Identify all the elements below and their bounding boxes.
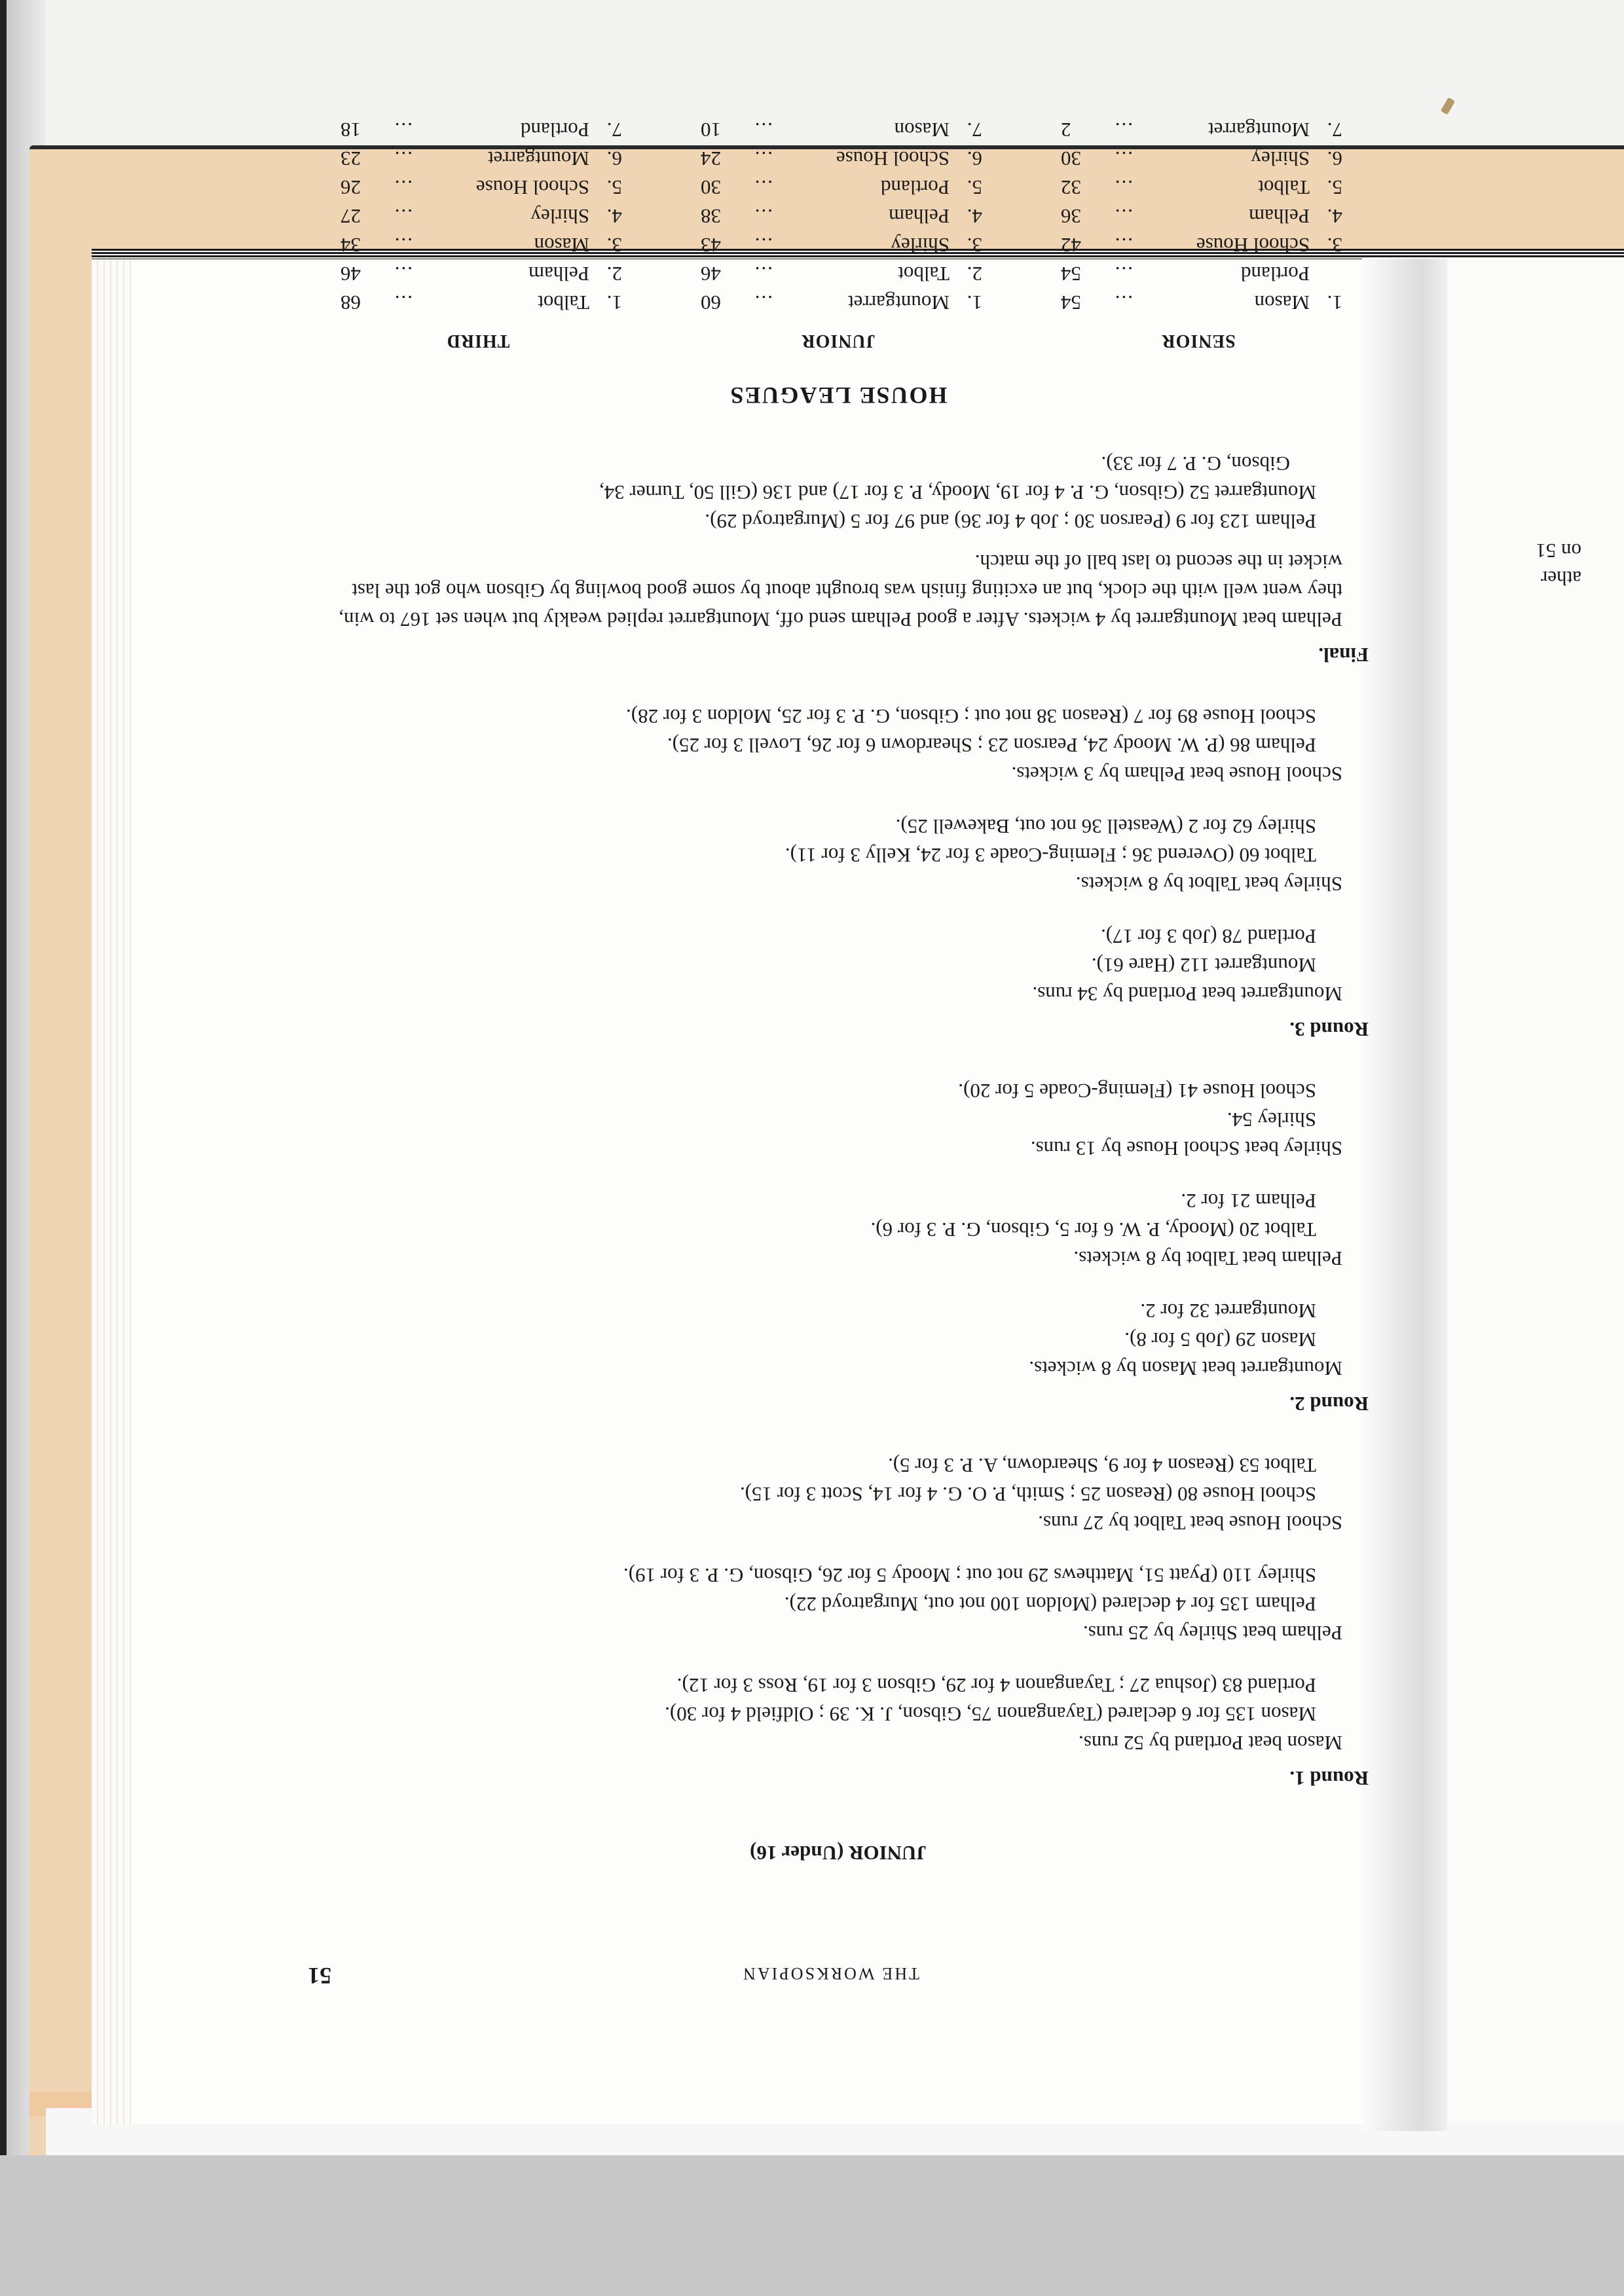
- rounds-list: Round 1.Mason beat Portland by 52 runs.M…: [308, 702, 1369, 1793]
- score-line: Talbot 20 (Moody, P. W. 6 for 5, Gibson,…: [308, 1215, 1369, 1244]
- scanner-bed: [0, 2155, 1624, 2296]
- leader-dots: ...: [373, 115, 413, 144]
- league-row: 1.Mountgarret...60: [694, 288, 982, 317]
- leader-dots: ...: [733, 144, 773, 173]
- leader-dots: ...: [1094, 144, 1133, 173]
- match-entry: Pelham beat Shirley by 25 runs.Pelham 13…: [308, 1561, 1369, 1647]
- house-name: Mountgarret: [413, 144, 589, 173]
- score-line: Pelham 21 for 2.: [308, 1186, 1369, 1215]
- house-name: Shirley: [1133, 144, 1310, 173]
- league-row: 5.Portland...30: [694, 173, 982, 202]
- position: 1.: [950, 288, 982, 317]
- league-table-junior: JUNIOR1.Mountgarret...602.Talbot...463.S…: [694, 115, 982, 355]
- points: 24: [701, 144, 733, 173]
- round-heading: Final.: [308, 640, 1369, 669]
- leader-dots: ...: [373, 259, 413, 288]
- leader-dots: ...: [1094, 173, 1133, 202]
- leader-dots: ...: [733, 202, 773, 230]
- final-block: Final. Pelham beat Mountgarret by 4 wick…: [308, 449, 1369, 669]
- house-name: Mason: [413, 230, 589, 259]
- match-entry: Shirley beat School House by 13 runs.Shi…: [308, 1076, 1369, 1163]
- house-name: Mountgarret: [773, 288, 950, 317]
- league-tables: SENIOR1.Mason...54Portland...543.School …: [308, 115, 1369, 355]
- fragment-line: ather: [1477, 564, 1581, 592]
- round-heading: Round 1.: [308, 1764, 1369, 1793]
- score-line: Pelham 135 for 4 declared (Moldon 100 no…: [308, 1590, 1369, 1618]
- league-row: 6.School House...24: [694, 144, 982, 173]
- position: 3.: [950, 230, 982, 259]
- leader-dots: ...: [733, 259, 773, 288]
- points: 54: [1061, 288, 1094, 317]
- position: [1310, 259, 1342, 288]
- final-scores: Pelham 123 for 9 (Pearson 30 ; Job 4 for…: [308, 449, 1369, 536]
- house-name: Shirley: [773, 230, 950, 259]
- score-line: Shirley 54.: [308, 1105, 1369, 1134]
- leader-dots: ...: [1094, 202, 1133, 230]
- league-row: 5.School House...26: [334, 173, 622, 202]
- points: 43: [701, 230, 733, 259]
- match-entry: Mason beat Portland by 52 runs.Mason 135…: [308, 1671, 1369, 1757]
- league-row: 1.Mason...54: [1054, 288, 1342, 317]
- position: 3.: [589, 230, 622, 259]
- score-line: Mason 135 for 6 declared (Tayanganon 75,…: [308, 1700, 1369, 1728]
- house-name: School House: [1133, 230, 1310, 259]
- score-line: Gibson, G. P. 7 for 33).: [308, 449, 1316, 478]
- points: 2: [1061, 115, 1094, 144]
- league-table-third: THIRD1.Talbot...682.Pelham...463.Mason..…: [334, 115, 622, 355]
- points: 46: [701, 259, 733, 288]
- score-line: School House 80 (Reason 25 ; Smith, P. O…: [308, 1480, 1369, 1508]
- fragment-line: on 51: [1477, 537, 1581, 564]
- leader-dots: ...: [373, 144, 413, 173]
- leader-dots: ...: [733, 230, 773, 259]
- score-line: School House 41 (Fleming-Coade 5 for 20)…: [308, 1076, 1369, 1105]
- league-row: 1.Talbot...68: [334, 288, 622, 317]
- match-result: Pelham beat Talbot by 8 wickets.: [308, 1244, 1369, 1273]
- position: 7.: [950, 115, 982, 144]
- score-line: Pelham 123 for 9 (Pearson 30 ; Job 4 for…: [308, 507, 1316, 536]
- leader-dots: ...: [1094, 230, 1133, 259]
- house-name: School House: [773, 144, 950, 173]
- house-name: Pelham: [413, 259, 589, 288]
- league-name: SENIOR: [1054, 326, 1342, 355]
- points: 26: [341, 173, 373, 202]
- running-head: THE WORKSOPIAN 51: [308, 1959, 1369, 1990]
- score-line: Portland 78 (Job 3 for 17).: [308, 922, 1369, 951]
- page-number: 51: [308, 1961, 331, 1990]
- score-line: Mason 29 (Job 5 for 8).: [308, 1325, 1369, 1354]
- match-result: School House beat Pelham by 3 wickets.: [308, 759, 1369, 788]
- points: 34: [341, 230, 373, 259]
- league-row: Portland...54: [1054, 259, 1342, 288]
- match-entry: Shirley beat Talbot by 8 wickets.Talbot …: [308, 812, 1369, 898]
- printed-page-content: THE WORKSOPIAN 51 JUNIOR (Under 16) Roun…: [308, 419, 1369, 1990]
- score-line: Mountgarret 52 (Gibson, G. P. 4 for 19, …: [308, 478, 1316, 507]
- match-result: Mountgarret beat Mason by 8 wickets.: [308, 1354, 1369, 1383]
- league-row: 3.Mason...34: [334, 230, 622, 259]
- house-name: Pelham: [773, 202, 950, 230]
- match-entry: Mountgarret beat Portland by 34 runs.Mou…: [308, 922, 1369, 1008]
- match-result: School House beat Talbot by 27 runs.: [308, 1508, 1369, 1537]
- position: 6.: [589, 144, 622, 173]
- league-row: 3.School House...42: [1054, 230, 1342, 259]
- league-row: 4.Pelham...36: [1054, 202, 1342, 230]
- position: 5.: [1310, 173, 1342, 202]
- league-row: 7.Mason...10: [694, 115, 982, 144]
- points: 68: [341, 288, 373, 317]
- position: 6.: [1310, 144, 1342, 173]
- round-block: Round 2.Mountgarret beat Mason by 8 wick…: [308, 1076, 1369, 1418]
- points: 60: [701, 288, 733, 317]
- position: 3.: [1310, 230, 1342, 259]
- house-name: Portland: [413, 115, 589, 144]
- score-line: Mountgarret 32 for 2.: [308, 1296, 1369, 1325]
- score-line: Shirley 110 (Pyatt 51, Matthews 29 not o…: [308, 1561, 1369, 1590]
- league-row: 4.Shirley...27: [334, 202, 622, 230]
- league-row: 7.Portland...18: [334, 115, 622, 144]
- points: 36: [1061, 202, 1094, 230]
- house-name: Mason: [1133, 288, 1310, 317]
- house-name: Pelham: [1133, 202, 1310, 230]
- round-heading: Round 2.: [308, 1389, 1369, 1418]
- points: 10: [701, 115, 733, 144]
- publication-title: THE WORKSOPIAN: [331, 1959, 1329, 1988]
- scanner-edge: [0, 0, 7, 2296]
- leader-dots: ...: [733, 173, 773, 202]
- house-name: Mason: [773, 115, 950, 144]
- round-block: Round 1.Mason beat Portland by 52 runs.M…: [308, 1451, 1369, 1793]
- match-entry: Mountgarret beat Mason by 8 wickets.Maso…: [308, 1296, 1369, 1383]
- leader-dots: ...: [373, 230, 413, 259]
- position: 5.: [589, 173, 622, 202]
- debris-speck: [1441, 98, 1455, 115]
- position: 4.: [950, 202, 982, 230]
- leader-dots: ...: [373, 288, 413, 317]
- score-line: Talbot 53 (Reason 4 for 9, Sheardown, A.…: [308, 1451, 1369, 1480]
- leader-dots: ...: [1094, 288, 1133, 317]
- house-leagues-title: HOUSE LEAGUES: [308, 381, 1369, 410]
- facing-page-text-fragment: ather on 51: [1477, 537, 1581, 592]
- league-name: THIRD: [334, 326, 622, 355]
- league-row: 6.Mountgarret...23: [334, 144, 622, 173]
- league-row: 4.Pelham...38: [694, 202, 982, 230]
- position: 7.: [589, 115, 622, 144]
- position: 2.: [950, 259, 982, 288]
- position: 5.: [950, 173, 982, 202]
- position: 4.: [1310, 202, 1342, 230]
- position: 7.: [1310, 115, 1342, 144]
- points: 46: [341, 259, 373, 288]
- round-block: Round 3.Mountgarret beat Portland by 34 …: [308, 702, 1369, 1044]
- points: 42: [1061, 230, 1094, 259]
- points: 38: [701, 202, 733, 230]
- score-line: Talbot 60 (Overend 36 ; Fleming-Coade 3 …: [308, 841, 1369, 869]
- league-row: 2.Pelham...46: [334, 259, 622, 288]
- leader-dots: ...: [733, 115, 773, 144]
- position: 4.: [589, 202, 622, 230]
- position: 6.: [950, 144, 982, 173]
- points: 18: [341, 115, 373, 144]
- league-row: 6.Shirley...30: [1054, 144, 1342, 173]
- match-entry: Pelham beat Talbot by 8 wickets.Talbot 2…: [308, 1186, 1369, 1273]
- league-name: JUNIOR: [694, 326, 982, 355]
- house-name: Mountgarret: [1133, 115, 1310, 144]
- league-row: 2.Talbot...46: [694, 259, 982, 288]
- points: 23: [341, 144, 373, 173]
- match-result: Mason beat Portland by 52 runs.: [308, 1728, 1369, 1757]
- leader-dots: ...: [1094, 259, 1133, 288]
- match-result: Shirley beat School House by 13 runs.: [308, 1134, 1369, 1163]
- points: 32: [1061, 173, 1094, 202]
- position: 1.: [1310, 288, 1342, 317]
- points: 27: [341, 202, 373, 230]
- match-result: Pelham beat Shirley by 25 runs.: [308, 1618, 1369, 1647]
- score-line: Mountgarret 112 (Hare 61).: [308, 951, 1369, 979]
- score-line: Pelham 86 (P. W. Moody 24, Pearson 23 ; …: [308, 731, 1369, 759]
- match-entry: School House beat Talbot by 27 runs.Scho…: [308, 1451, 1369, 1537]
- leader-dots: ...: [1094, 115, 1133, 144]
- house-name: Talbot: [773, 259, 950, 288]
- league-row: 5.Talbot...32: [1054, 173, 1342, 202]
- leader-dots: ...: [373, 202, 413, 230]
- league-row: 7.Mountgarret...2: [1054, 115, 1342, 144]
- house-name: Talbot: [1133, 173, 1310, 202]
- score-line: Portland 83 (Joshua 27 ; Tayanganon 4 fo…: [308, 1671, 1369, 1700]
- house-name: Shirley: [413, 202, 589, 230]
- house-name: Talbot: [413, 288, 589, 317]
- points: 54: [1061, 259, 1094, 288]
- leader-dots: ...: [373, 173, 413, 202]
- points: 30: [701, 173, 733, 202]
- league-row: 3.Shirley...43: [694, 230, 982, 259]
- match-result: Shirley beat Talbot by 8 wickets.: [308, 869, 1369, 898]
- house-name: School House: [413, 173, 589, 202]
- house-name: Portland: [773, 173, 950, 202]
- position: 2.: [589, 259, 622, 288]
- match-result: Mountgarret beat Portland by 34 runs.: [308, 979, 1369, 1008]
- score-line: School House 89 for 7 (Reason 38 not out…: [308, 702, 1369, 731]
- points: 30: [1061, 144, 1094, 173]
- house-name: Portland: [1133, 259, 1310, 288]
- book-gutter: [1362, 259, 1447, 2131]
- match-entry: School House beat Pelham by 3 wickets.Pe…: [308, 702, 1369, 788]
- leader-dots: ...: [733, 288, 773, 317]
- final-report: Pelham beat Mountgarret by 4 wickets. Af…: [308, 547, 1369, 634]
- position: 1.: [589, 288, 622, 317]
- round-heading: Round 3.: [308, 1015, 1369, 1044]
- league-table-senior: SENIOR1.Mason...54Portland...543.School …: [1054, 115, 1342, 355]
- score-line: Shirley 62 for 2 (Weastell 36 not out, B…: [308, 812, 1369, 841]
- section-title: JUNIOR (Under 16): [308, 1838, 1369, 1867]
